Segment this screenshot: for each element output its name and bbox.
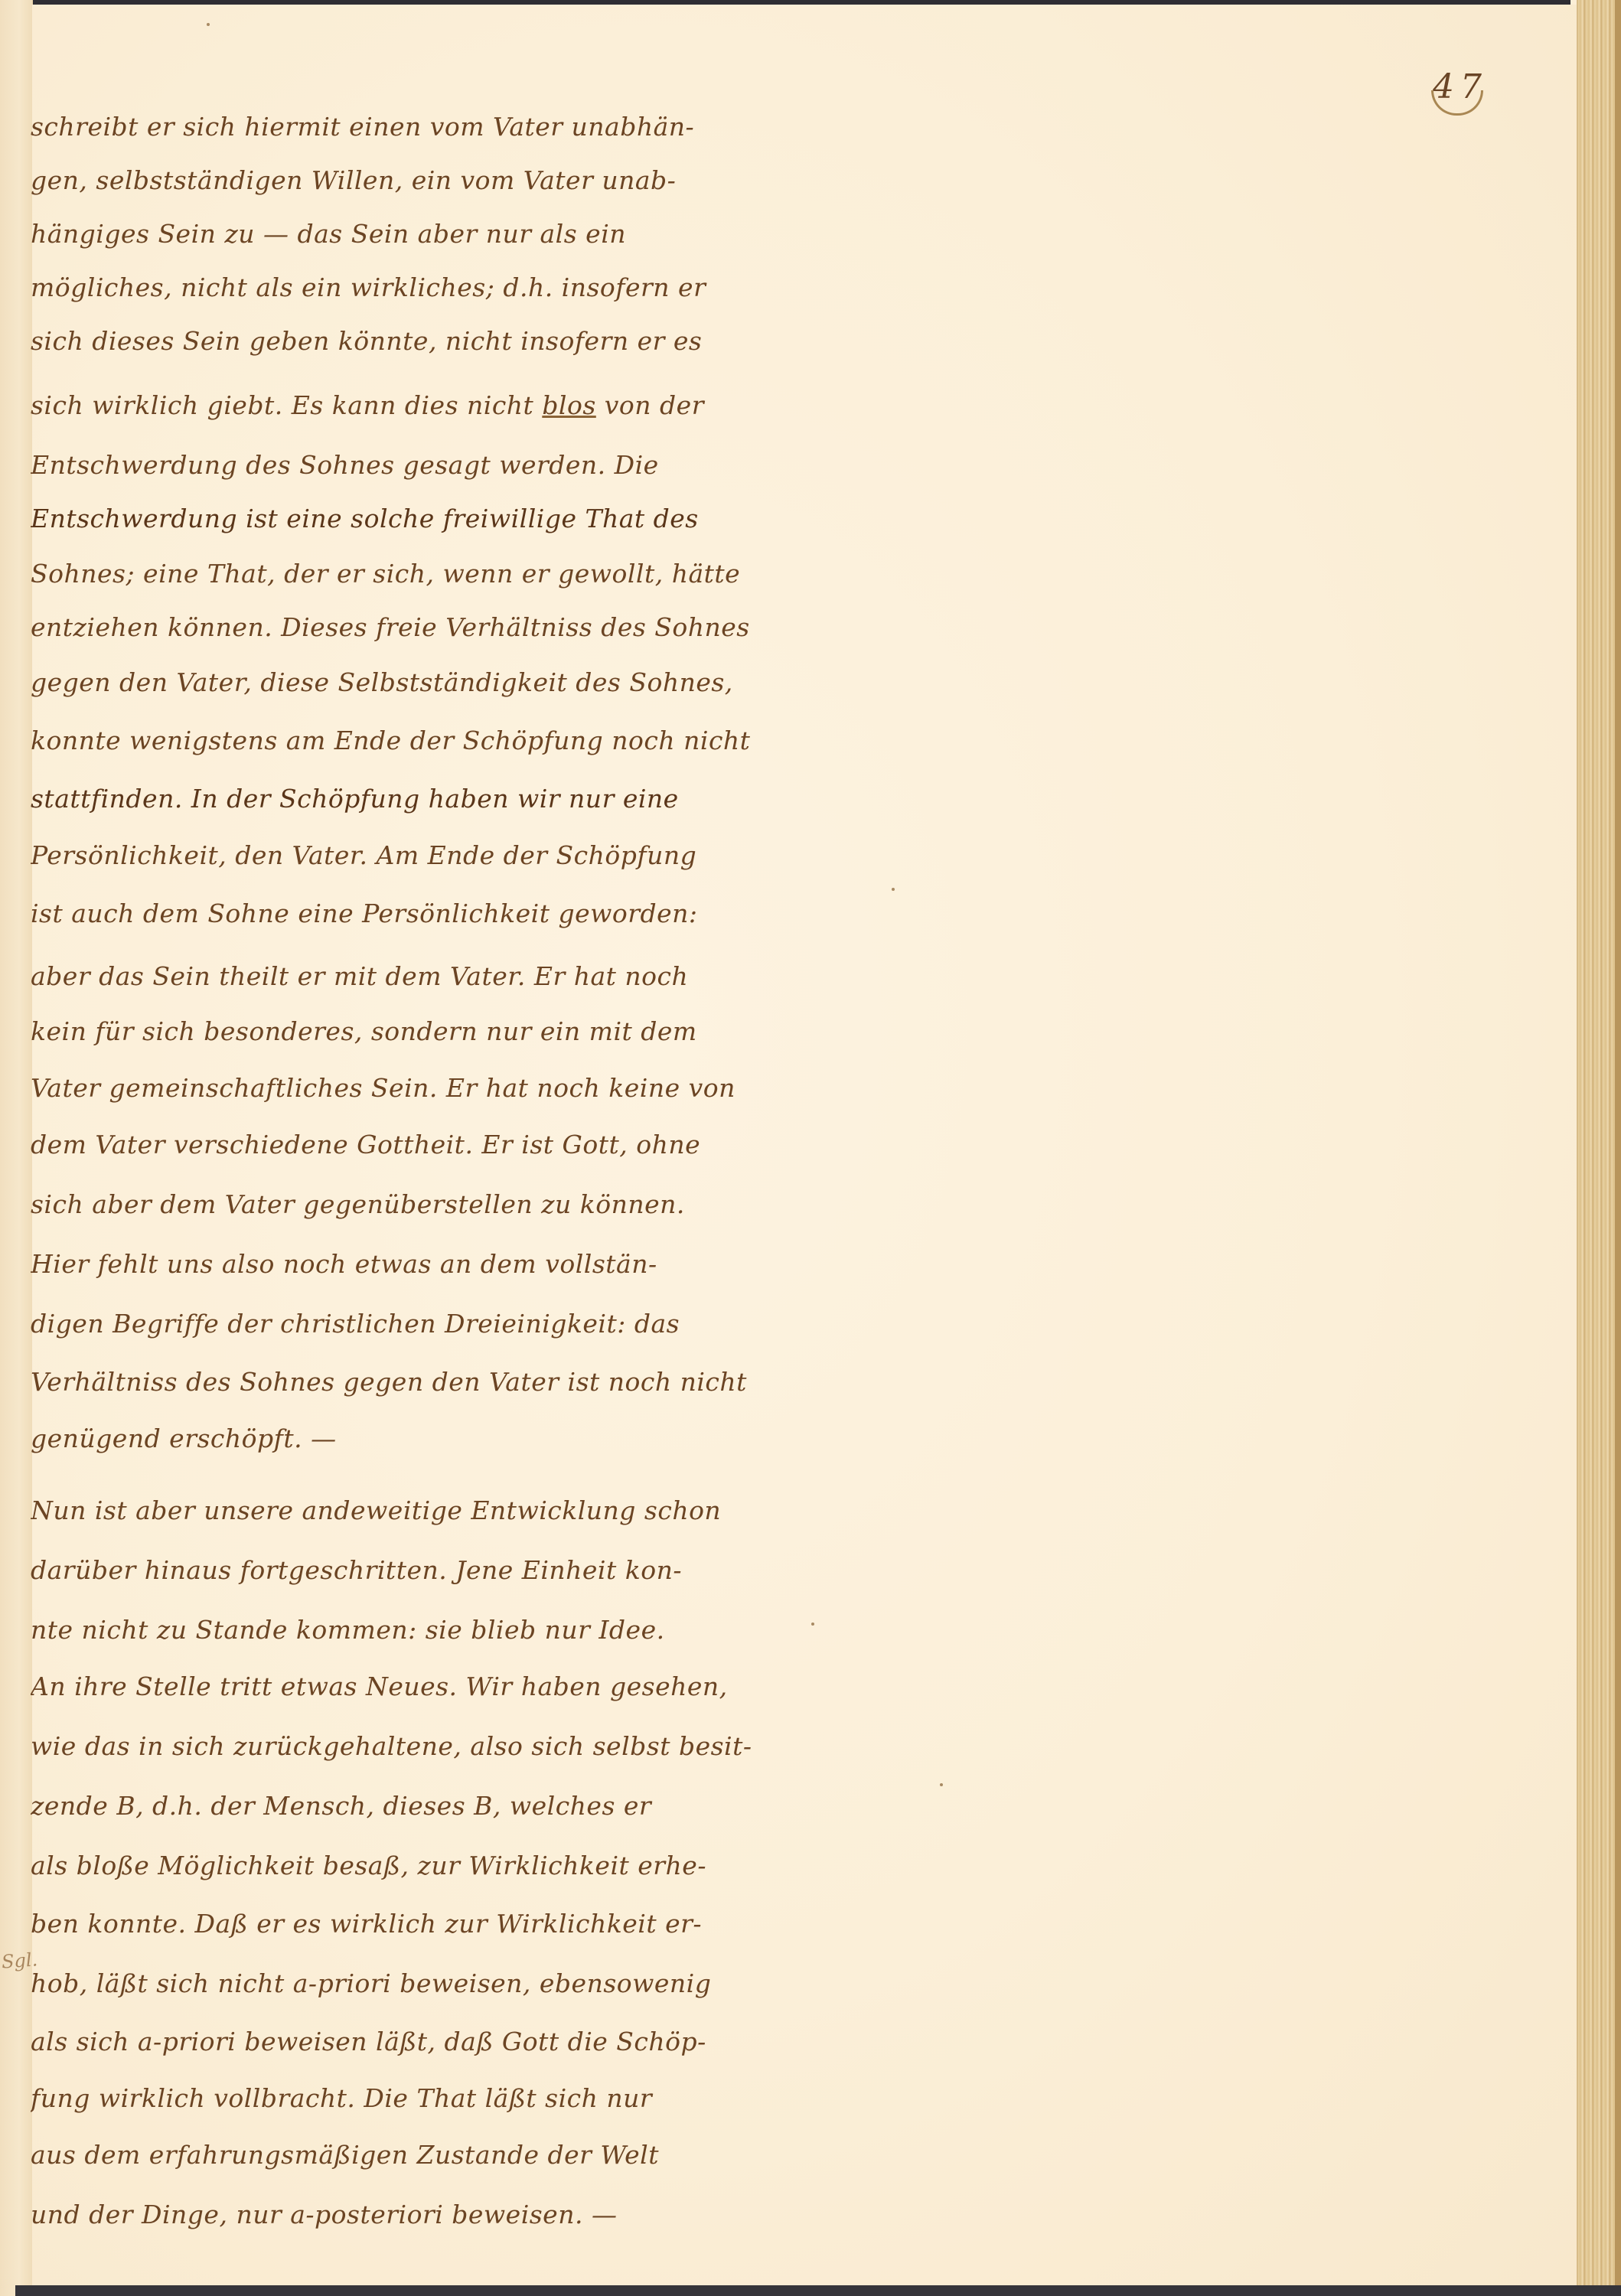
text-line: konnte wenigstens am Ende der Schöpfung … [31,726,827,756]
text-line: ben konnte. Daß er es wirklich zur Wirkl… [31,1909,827,1939]
text-line: Verhältniss des Sohnes gegen den Vater i… [31,1367,827,1397]
text-line: entziehen können. Dieses freie Verhältni… [31,612,827,643]
text-line: Hier fehlt uns also noch etwas an dem vo… [31,1249,827,1280]
text-line: gegen den Vater, diese Selbstständigkeit… [31,667,827,698]
underlined-word: blos [542,390,595,420]
text-line-with-underline: sich wirklich giebt. Es kann dies nicht … [31,390,827,421]
text-line: darüber hinaus fortgeschritten. Jene Ein… [31,1555,827,1586]
book-edge-shadow [1615,0,1621,2296]
text-line: aber das Sein theilt er mit dem Vater. E… [31,961,827,992]
text-line: aus dem erfahrungsmäßigen Zustande der W… [31,2140,827,2170]
text-line: als bloße Möglichkeit besaß, zur Wirklic… [31,1851,827,1881]
text-line: An ihre Stelle tritt etwas Neues. Wir ha… [31,1671,827,1702]
paper-speck [892,888,895,891]
text-line: sich aber dem Vater gegenüberstellen zu … [31,1189,827,1220]
text-line: Vater gemeinschaftliches Sein. Er hat no… [31,1073,827,1104]
text-line: genügend erschöpft. — [31,1424,827,1454]
text-line: Nun ist aber unsere andeweitige Entwickl… [31,1495,827,1526]
text-line: zende B, d.h. der Mensch, dieses B, welc… [31,1791,827,1821]
text-line: Entschwerdung des Sohnes gesagt werden. … [31,450,827,481]
text-line: kein für sich besonderes, sondern nur ei… [31,1016,827,1047]
text-line: hängiges Sein zu — das Sein aber nur als… [31,219,827,249]
text-line: gen, selbstständigen Willen, ein vom Vat… [31,165,827,196]
text-line: fung wirklich vollbracht. Die That läßt … [31,2083,827,2114]
text-line: hob, läßt sich nicht a-priori beweisen, … [31,1968,827,1999]
text-line: wie das in sich zurückgehaltene, also si… [31,1731,827,1762]
text-line: und der Dinge, nur a-posteriori beweisen… [31,2200,827,2230]
text-line: dem Vater verschiedene Gottheit. Er ist … [31,1130,827,1160]
text-line: mögliches, nicht als ein wirkliches; d.h… [31,272,827,303]
text-line: Persönlichkeit, den Vater. Am Ende der S… [31,840,827,871]
text-line: digen Begriffe der christlichen Dreieini… [31,1309,827,1339]
text-line: als sich a-priori beweisen läßt, daß Got… [31,2027,827,2057]
paper-speck [207,23,210,26]
text-line: schreibt er sich hiermit einen vom Vater… [31,112,827,142]
text-line: Entschwerdung ist eine solche freiwillig… [31,504,827,534]
text-line: ist auch dem Sohne eine Persönlichkeit g… [31,899,827,929]
paper-speck [940,1783,943,1786]
text-line: Sohnes; eine That, der er sich, wenn er … [31,559,827,589]
text-line: nte nicht zu Stande kommen: sie blieb nu… [31,1615,827,1645]
text-line: stattfinden. In der Schöpfung haben wir … [31,784,827,814]
bottom-shadow [15,2285,1621,2296]
text-line: sich dieses Sein geben könnte, nicht ins… [31,326,827,357]
manuscript-scan: 47 Sgl. schreibt er sich hiermit einen v… [0,0,1621,2296]
